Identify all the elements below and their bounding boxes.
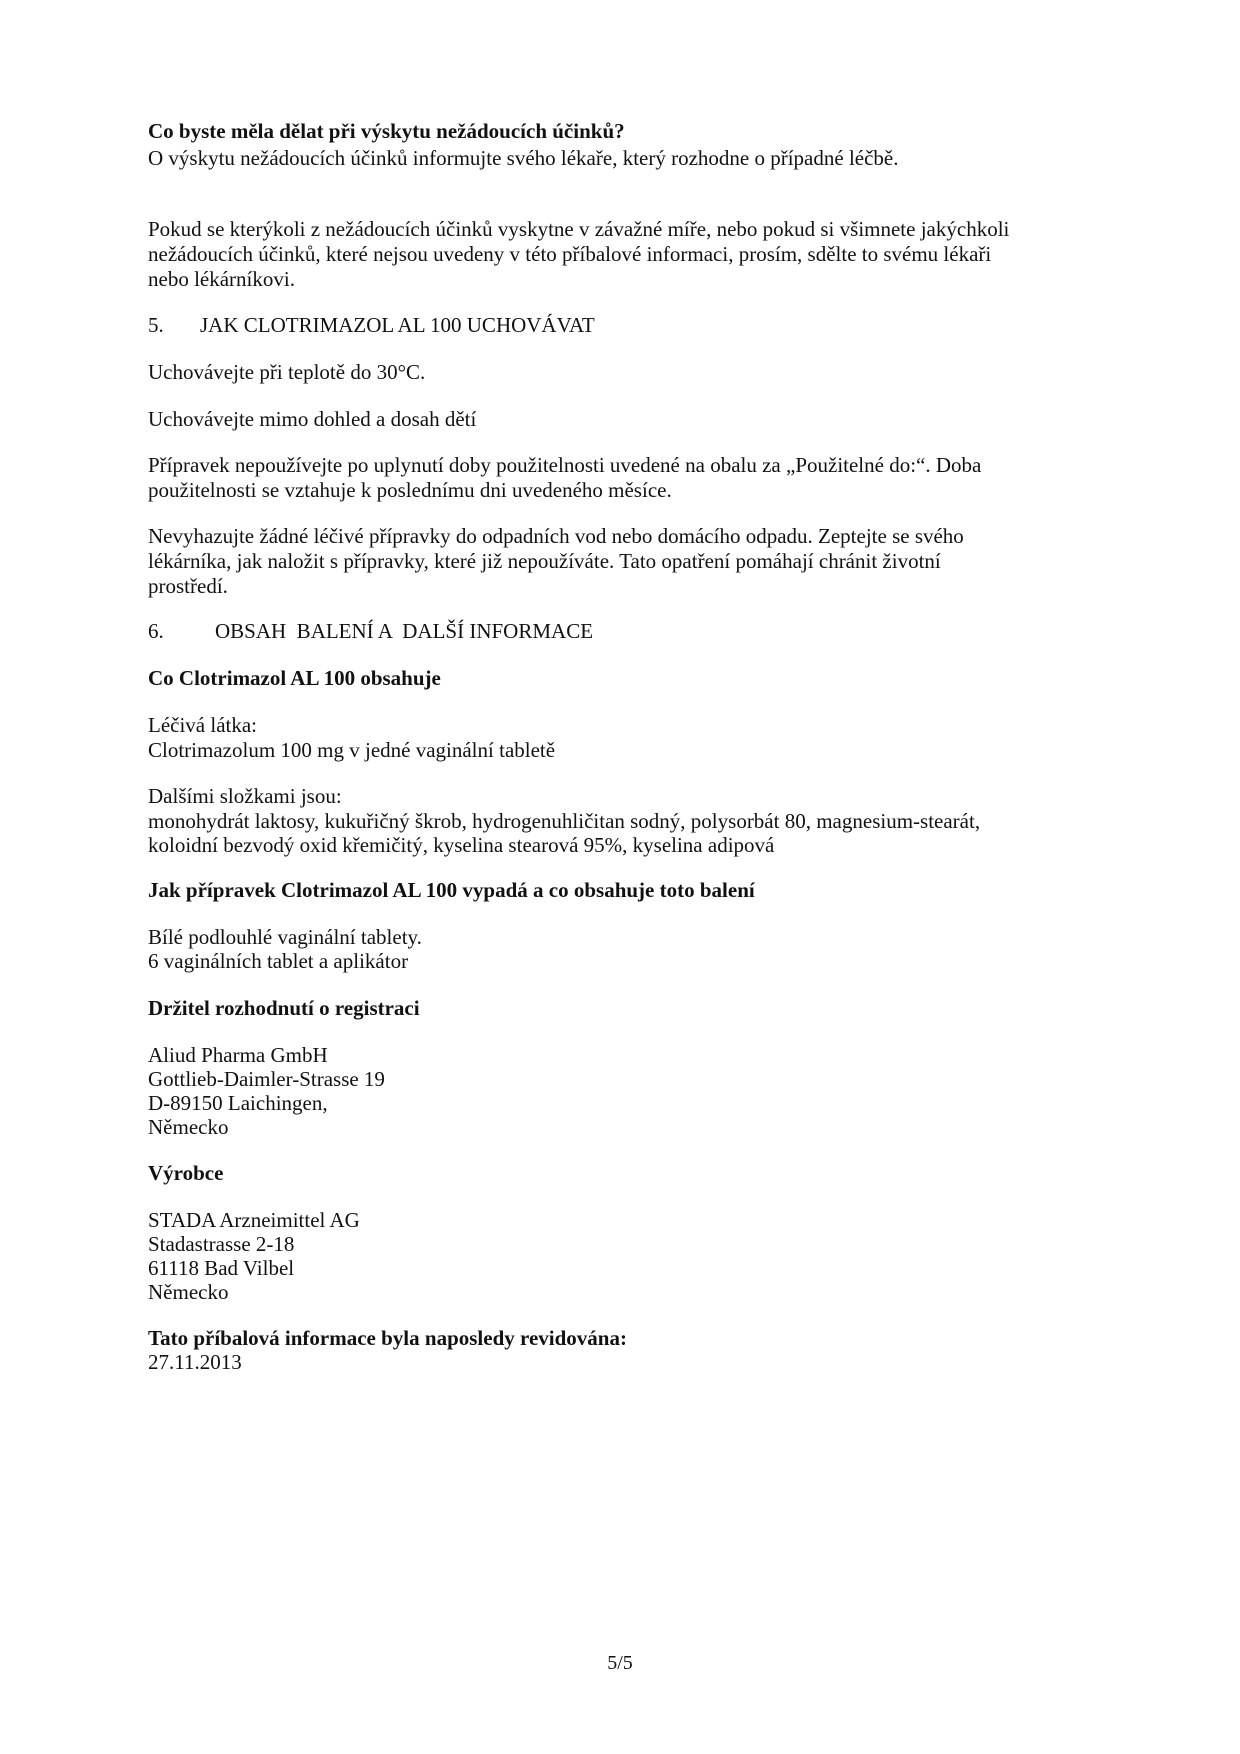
storage-children: Uchovávejte mimo dohled a dosah dětí: [148, 406, 476, 432]
active-substance-value: Clotrimazolum 100 mg v jedné vaginální t…: [148, 737, 555, 763]
manufacturer-line-1: STADA Arzneimittel AG: [148, 1207, 360, 1233]
holder-line-2: Gottlieb-Daimler-Strasse 19: [148, 1066, 385, 1092]
contains-heading: Co Clotrimazol AL 100 obsahuje: [148, 665, 441, 691]
section6-number: 6.: [148, 618, 215, 644]
side-effects-heading: Co byste měla dělat při výskytu nežádouc…: [148, 118, 625, 144]
section5-heading: 5.JAK CLOTRIMAZOL AL 100 UCHOVÁVAT: [148, 312, 595, 338]
other-ingredients-line-1: monohydrát laktosy, kukuřičný škrob, hyd…: [148, 808, 980, 834]
holder-line-4: Německo: [148, 1114, 228, 1140]
side-effects-line-1: Pokud se kterýkoli z nežádoucích účinků …: [148, 216, 1009, 242]
expiry-line-2: použitelnosti se vztahuje k poslednímu d…: [148, 477, 672, 503]
disposal-line-3: prostředí.: [148, 573, 228, 599]
holder-line-3: D-89150 Laichingen,: [148, 1090, 328, 1116]
disposal-line-1: Nevyhazujte žádné léčivé přípravky do od…: [148, 523, 964, 549]
side-effects-line-3: nebo lékárníkovi.: [148, 266, 295, 292]
appearance-heading: Jak přípravek Clotrimazol AL 100 vypadá …: [148, 877, 755, 903]
other-ingredients-line-2: koloidní bezvodý oxid křemičitý, kyselin…: [148, 832, 774, 858]
other-ingredients-label: Dalšími složkami jsou:: [148, 783, 342, 809]
side-effects-para1: O výskytu nežádoucích účinků informujte …: [148, 145, 899, 171]
appearance-line-1: Bílé podlouhlé vaginální tablety.: [148, 924, 422, 950]
storage-temperature: Uchovávejte při teplotě do 30°C.: [148, 359, 425, 385]
section5-number: 5.: [148, 312, 200, 338]
manufacturer-line-2: Stadastrasse 2-18: [148, 1231, 294, 1257]
disposal-line-2: lékárníka, jak naložit s přípravky, kter…: [148, 548, 941, 574]
manufacturer-heading: Výrobce: [148, 1160, 223, 1186]
manufacturer-line-4: Německo: [148, 1279, 228, 1305]
active-substance-label: Léčivá látka:: [148, 712, 257, 738]
side-effects-line-2: nežádoucích účinků, které nejsou uvedeny…: [148, 241, 991, 267]
revised-date: 27.11.2013: [148, 1349, 242, 1375]
revised-heading: Tato příbalová informace byla naposledy …: [148, 1325, 627, 1351]
appearance-line-2: 6 vaginálních tablet a aplikátor: [148, 948, 408, 974]
expiry-line-1: Přípravek nepoužívejte po uplynutí doby …: [148, 452, 981, 478]
manufacturer-line-3: 61118 Bad Vilbel: [148, 1255, 294, 1281]
holder-heading: Držitel rozhodnutí o registraci: [148, 995, 420, 1021]
page-number: 5/5: [0, 1652, 1240, 1675]
holder-line-1: Aliud Pharma GmbH: [148, 1042, 328, 1068]
section6-heading: 6.OBSAH BALENÍ A DALŠÍ INFORMACE: [148, 618, 593, 644]
section6-title: OBSAH BALENÍ A DALŠÍ INFORMACE: [215, 619, 593, 643]
section5-title: JAK CLOTRIMAZOL AL 100 UCHOVÁVAT: [200, 313, 595, 337]
